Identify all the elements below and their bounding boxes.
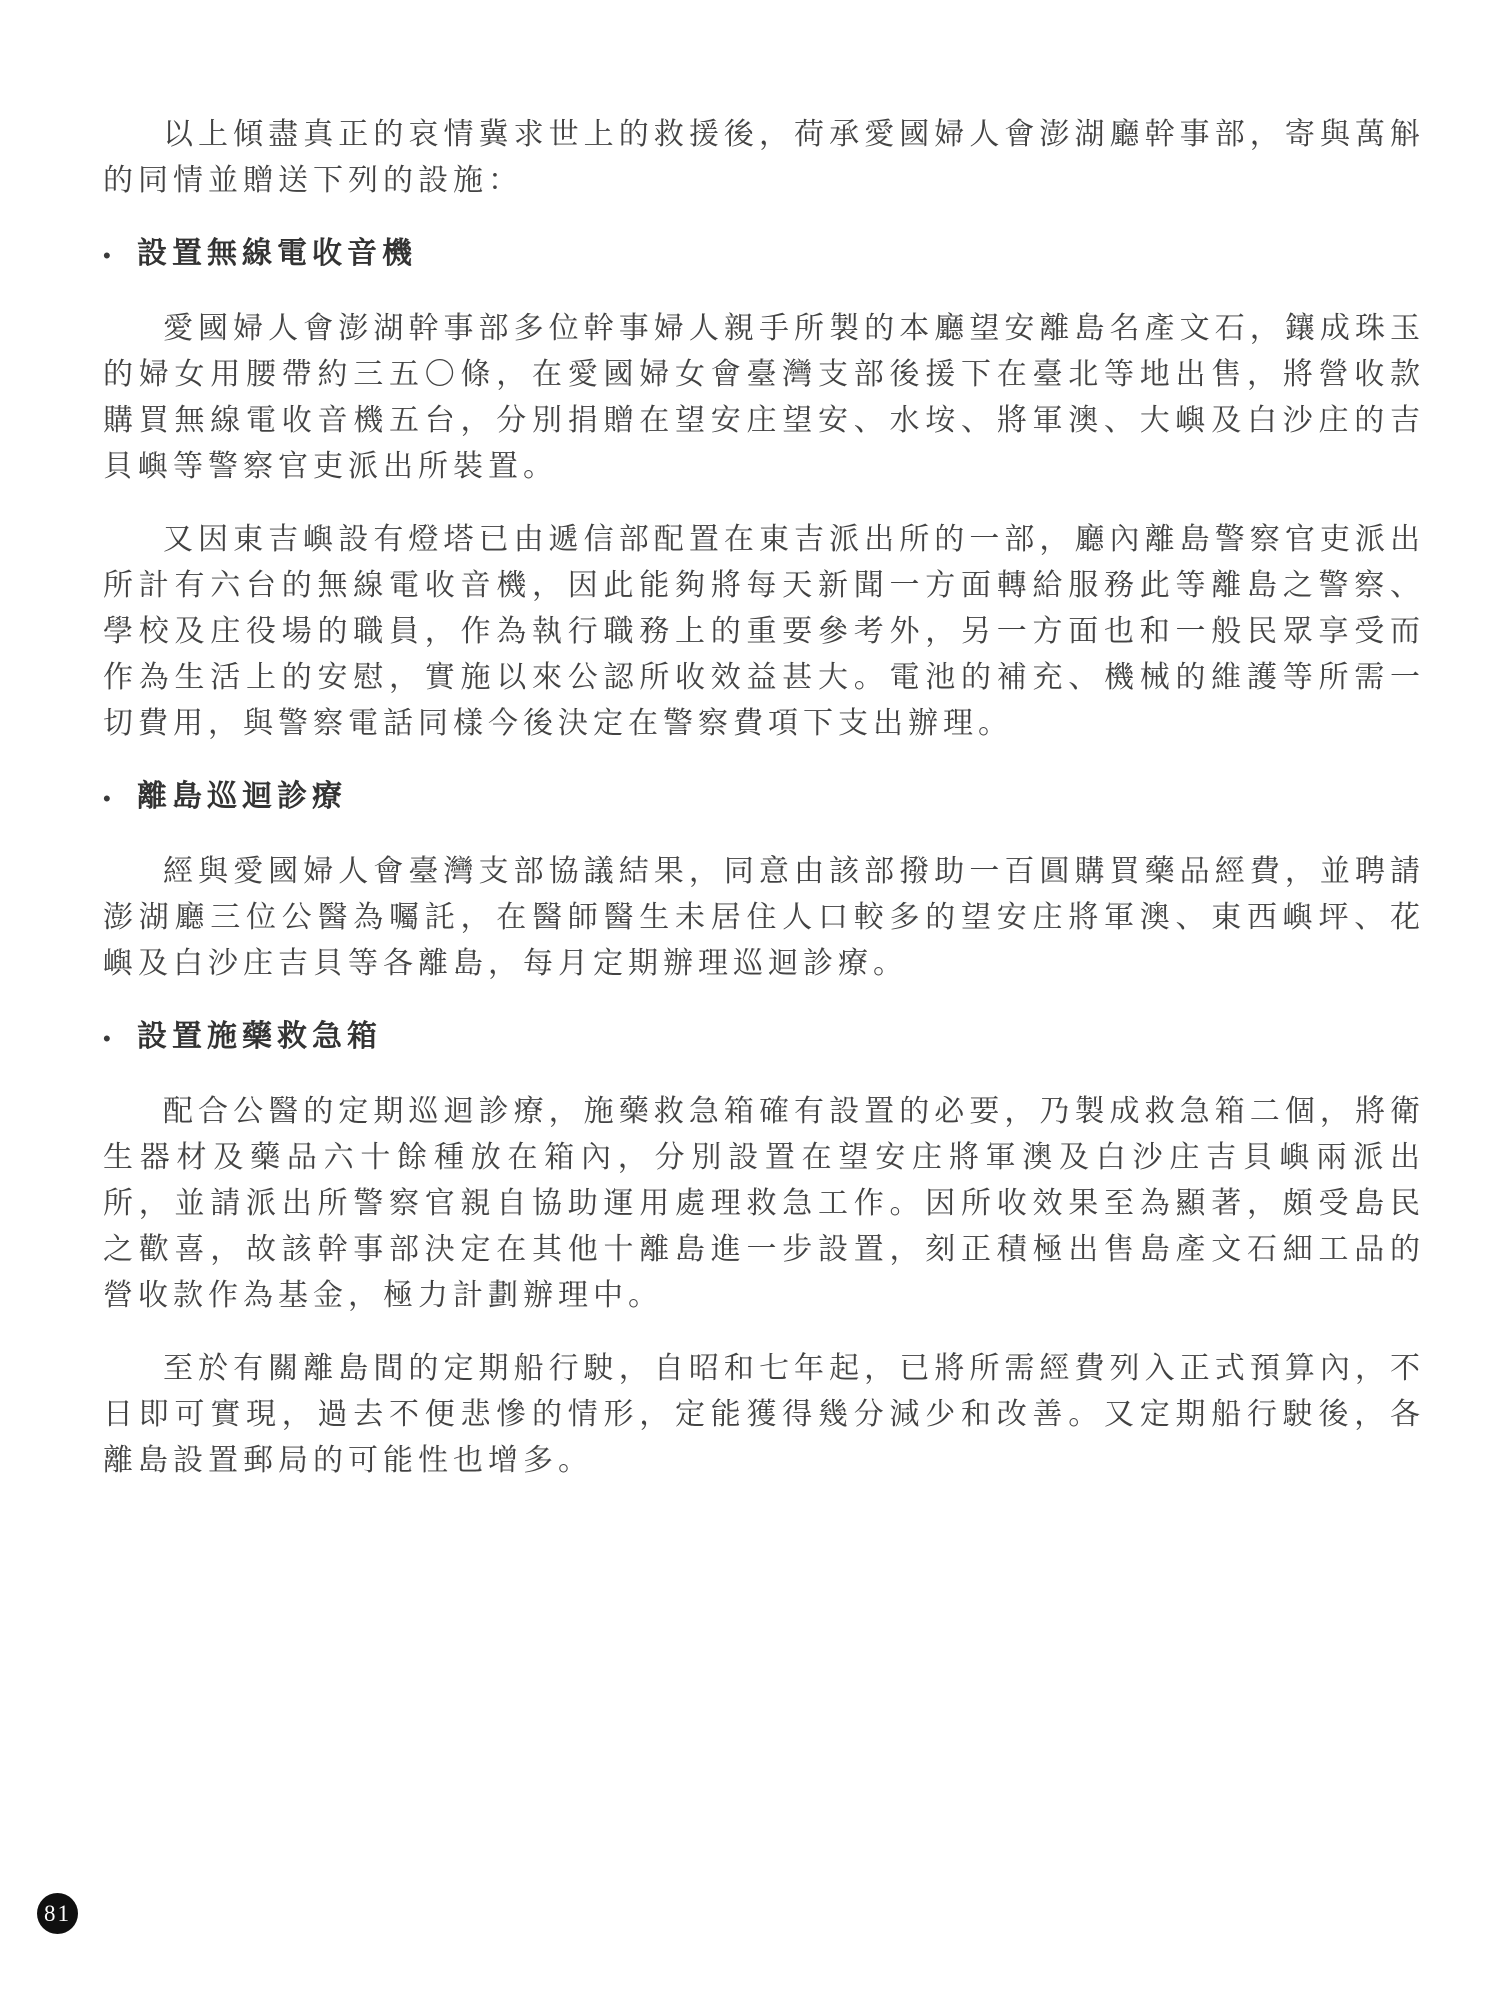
intro-paragraph: 以上傾盡真正的哀情冀求世上的救援後，荷承愛國婦人會澎湖廳幹事部，寄與萬斛的同情並… <box>103 112 1425 204</box>
section-heading-clinic: • 離島巡迴診療 <box>103 774 1425 822</box>
section-paragraph: 又因東吉嶼設有燈塔已由遞信部配置在東吉派出所的一部，廳內離島警察官吏派出所計有六… <box>103 517 1425 747</box>
section-heading-label: 設置施藥救急箱 <box>137 1014 382 1060</box>
page-content: 以上傾盡真正的哀情冀求世上的救援後，荷承愛國婦人會澎湖廳幹事部，寄與萬斛的同情並… <box>103 112 1425 1511</box>
section-heading-firstaid: • 設置施藥救急箱 <box>103 1014 1425 1062</box>
section-heading-radio: • 設置無線電收音機 <box>103 231 1425 279</box>
section-heading-label: 離島巡迴診療 <box>137 774 347 820</box>
closing-paragraph: 至於有關離島間的定期船行駛，自昭和七年起，已將所需經費列入正式預算內，不日即可實… <box>103 1346 1425 1484</box>
page-number-badge: 81 <box>37 1893 78 1934</box>
document-page: 以上傾盡真正的哀情冀求世上的救援後，荷承愛國婦人會澎湖廳幹事部，寄與萬斛的同情並… <box>0 0 1500 1995</box>
bullet-icon: • <box>103 1016 137 1062</box>
section-paragraph: 配合公醫的定期巡迴診療，施藥救急箱確有設置的必要，乃製成救急箱二個，將衛生器材及… <box>103 1089 1425 1319</box>
bullet-icon: • <box>103 233 137 279</box>
section-paragraph: 經與愛國婦人會臺灣支部協議結果，同意由該部撥助一百圓購買藥品經費，並聘請澎湖廳三… <box>103 849 1425 987</box>
bullet-icon: • <box>103 776 137 822</box>
section-heading-label: 設置無線電收音機 <box>137 231 417 277</box>
section-paragraph: 愛國婦人會澎湖幹事部多位幹事婦人親手所製的本廳望安離島名產文石，鑲成珠玉的婦女用… <box>103 306 1425 490</box>
page-number: 81 <box>44 1901 71 1927</box>
